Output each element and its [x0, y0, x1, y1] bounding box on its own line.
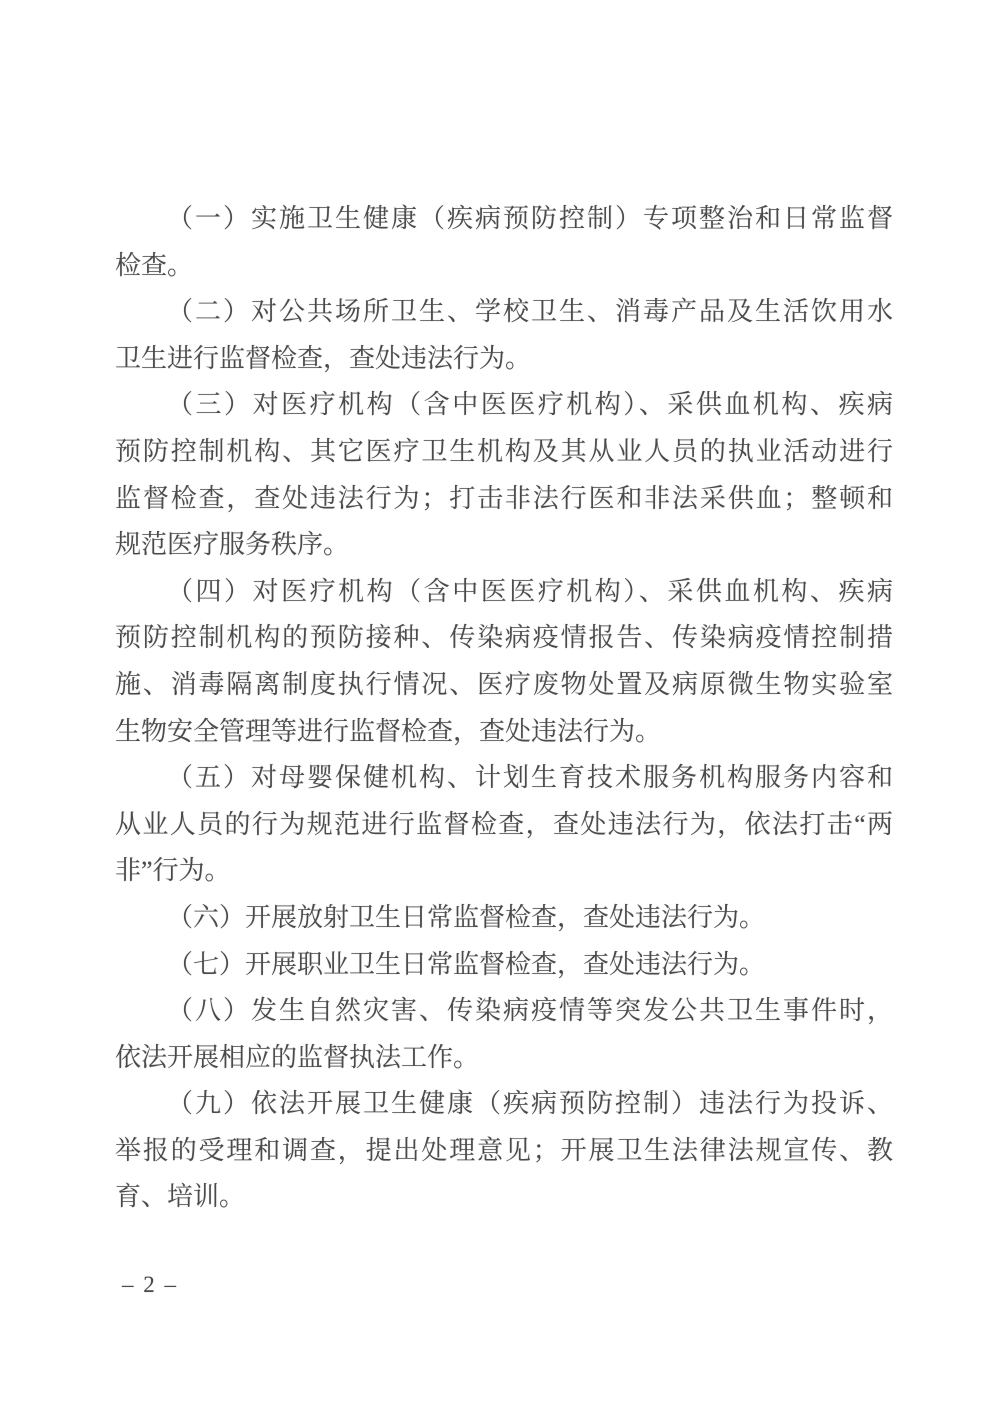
text-line: 施、消毒隔离制度执行情况、医疗废物处置及病原微生物实验室	[115, 662, 893, 709]
paragraph-item-5: （五）对母婴保健机构、计划生育技术服务机构服务内容和从业人员的行为规范进行监督检…	[115, 755, 893, 895]
page-footer: – 2 –	[122, 1272, 178, 1298]
text-line: 规范医疗服务秩序。	[115, 522, 893, 569]
paragraph-item-8: （八）发生自然灾害、传染病疫情等突发公共卫生事件时，依法开展相应的监督执法工作。	[115, 988, 893, 1081]
text-line: 举报的受理和调查，提出处理意见；开展卫生法律法规宣传、教	[115, 1128, 893, 1175]
text-line: （六）开展放射卫生日常监督检查，查处违法行为。	[115, 895, 893, 942]
text-line: 监督检查，查处违法行为；打击非法行医和非法采供血；整顿和	[115, 476, 893, 523]
paragraph-item-1: （一）实施卫生健康（疾病预防控制）专项整治和日常监督检查。	[115, 196, 893, 289]
text-line: 生物安全管理等进行监督检查，查处违法行为。	[115, 709, 893, 756]
page-number: – 2 –	[122, 1272, 178, 1297]
text-line: （四）对医疗机构（含中医医疗机构）、采供血机构、疾病	[115, 569, 893, 616]
text-line: （五）对母婴保健机构、计划生育技术服务机构服务内容和	[115, 755, 893, 802]
paragraph-item-9: （九）依法开展卫生健康（疾病预防控制）违法行为投诉、举报的受理和调查，提出处理意…	[115, 1081, 893, 1221]
paragraph-item-7: （七）开展职业卫生日常监督检查，查处违法行为。	[115, 942, 893, 989]
paragraph-item-4: （四）对医疗机构（含中医医疗机构）、采供血机构、疾病预防控制机构的预防接种、传染…	[115, 569, 893, 755]
text-line: 预防控制机构的预防接种、传染病疫情报告、传染病疫情控制措	[115, 615, 893, 662]
text-line: （三）对医疗机构（含中医医疗机构）、采供血机构、疾病	[115, 382, 893, 429]
text-line: （一）实施卫生健康（疾病预防控制）专项整治和日常监督	[115, 196, 893, 243]
text-line: （二）对公共场所卫生、学校卫生、消毒产品及生活饮用水	[115, 289, 893, 336]
text-line: 从业人员的行为规范进行监督检查，查处违法行为，依法打击“两	[115, 802, 893, 849]
text-line: 检查。	[115, 243, 893, 290]
paragraph-item-2: （二）对公共场所卫生、学校卫生、消毒产品及生活饮用水卫生进行监督检查，查处违法行…	[115, 289, 893, 382]
document-body: （一）实施卫生健康（疾病预防控制）专项整治和日常监督检查。（二）对公共场所卫生、…	[115, 196, 893, 1221]
document-page: （一）实施卫生健康（疾病预防控制）专项整治和日常监督检查。（二）对公共场所卫生、…	[0, 0, 1000, 1414]
text-line: 育、培训。	[115, 1174, 893, 1221]
paragraph-item-3: （三）对医疗机构（含中医医疗机构）、采供血机构、疾病预防控制机构、其它医疗卫生机…	[115, 382, 893, 568]
text-line: 非”行为。	[115, 848, 893, 895]
text-line: 依法开展相应的监督执法工作。	[115, 1035, 893, 1082]
text-line: （八）发生自然灾害、传染病疫情等突发公共卫生事件时，	[115, 988, 893, 1035]
text-line: 卫生进行监督检查，查处违法行为。	[115, 336, 893, 383]
text-line: （七）开展职业卫生日常监督检查，查处违法行为。	[115, 942, 893, 989]
text-line: 预防控制机构、其它医疗卫生机构及其从业人员的执业活动进行	[115, 429, 893, 476]
text-line: （九）依法开展卫生健康（疾病预防控制）违法行为投诉、	[115, 1081, 893, 1128]
paragraph-item-6: （六）开展放射卫生日常监督检查，查处违法行为。	[115, 895, 893, 942]
